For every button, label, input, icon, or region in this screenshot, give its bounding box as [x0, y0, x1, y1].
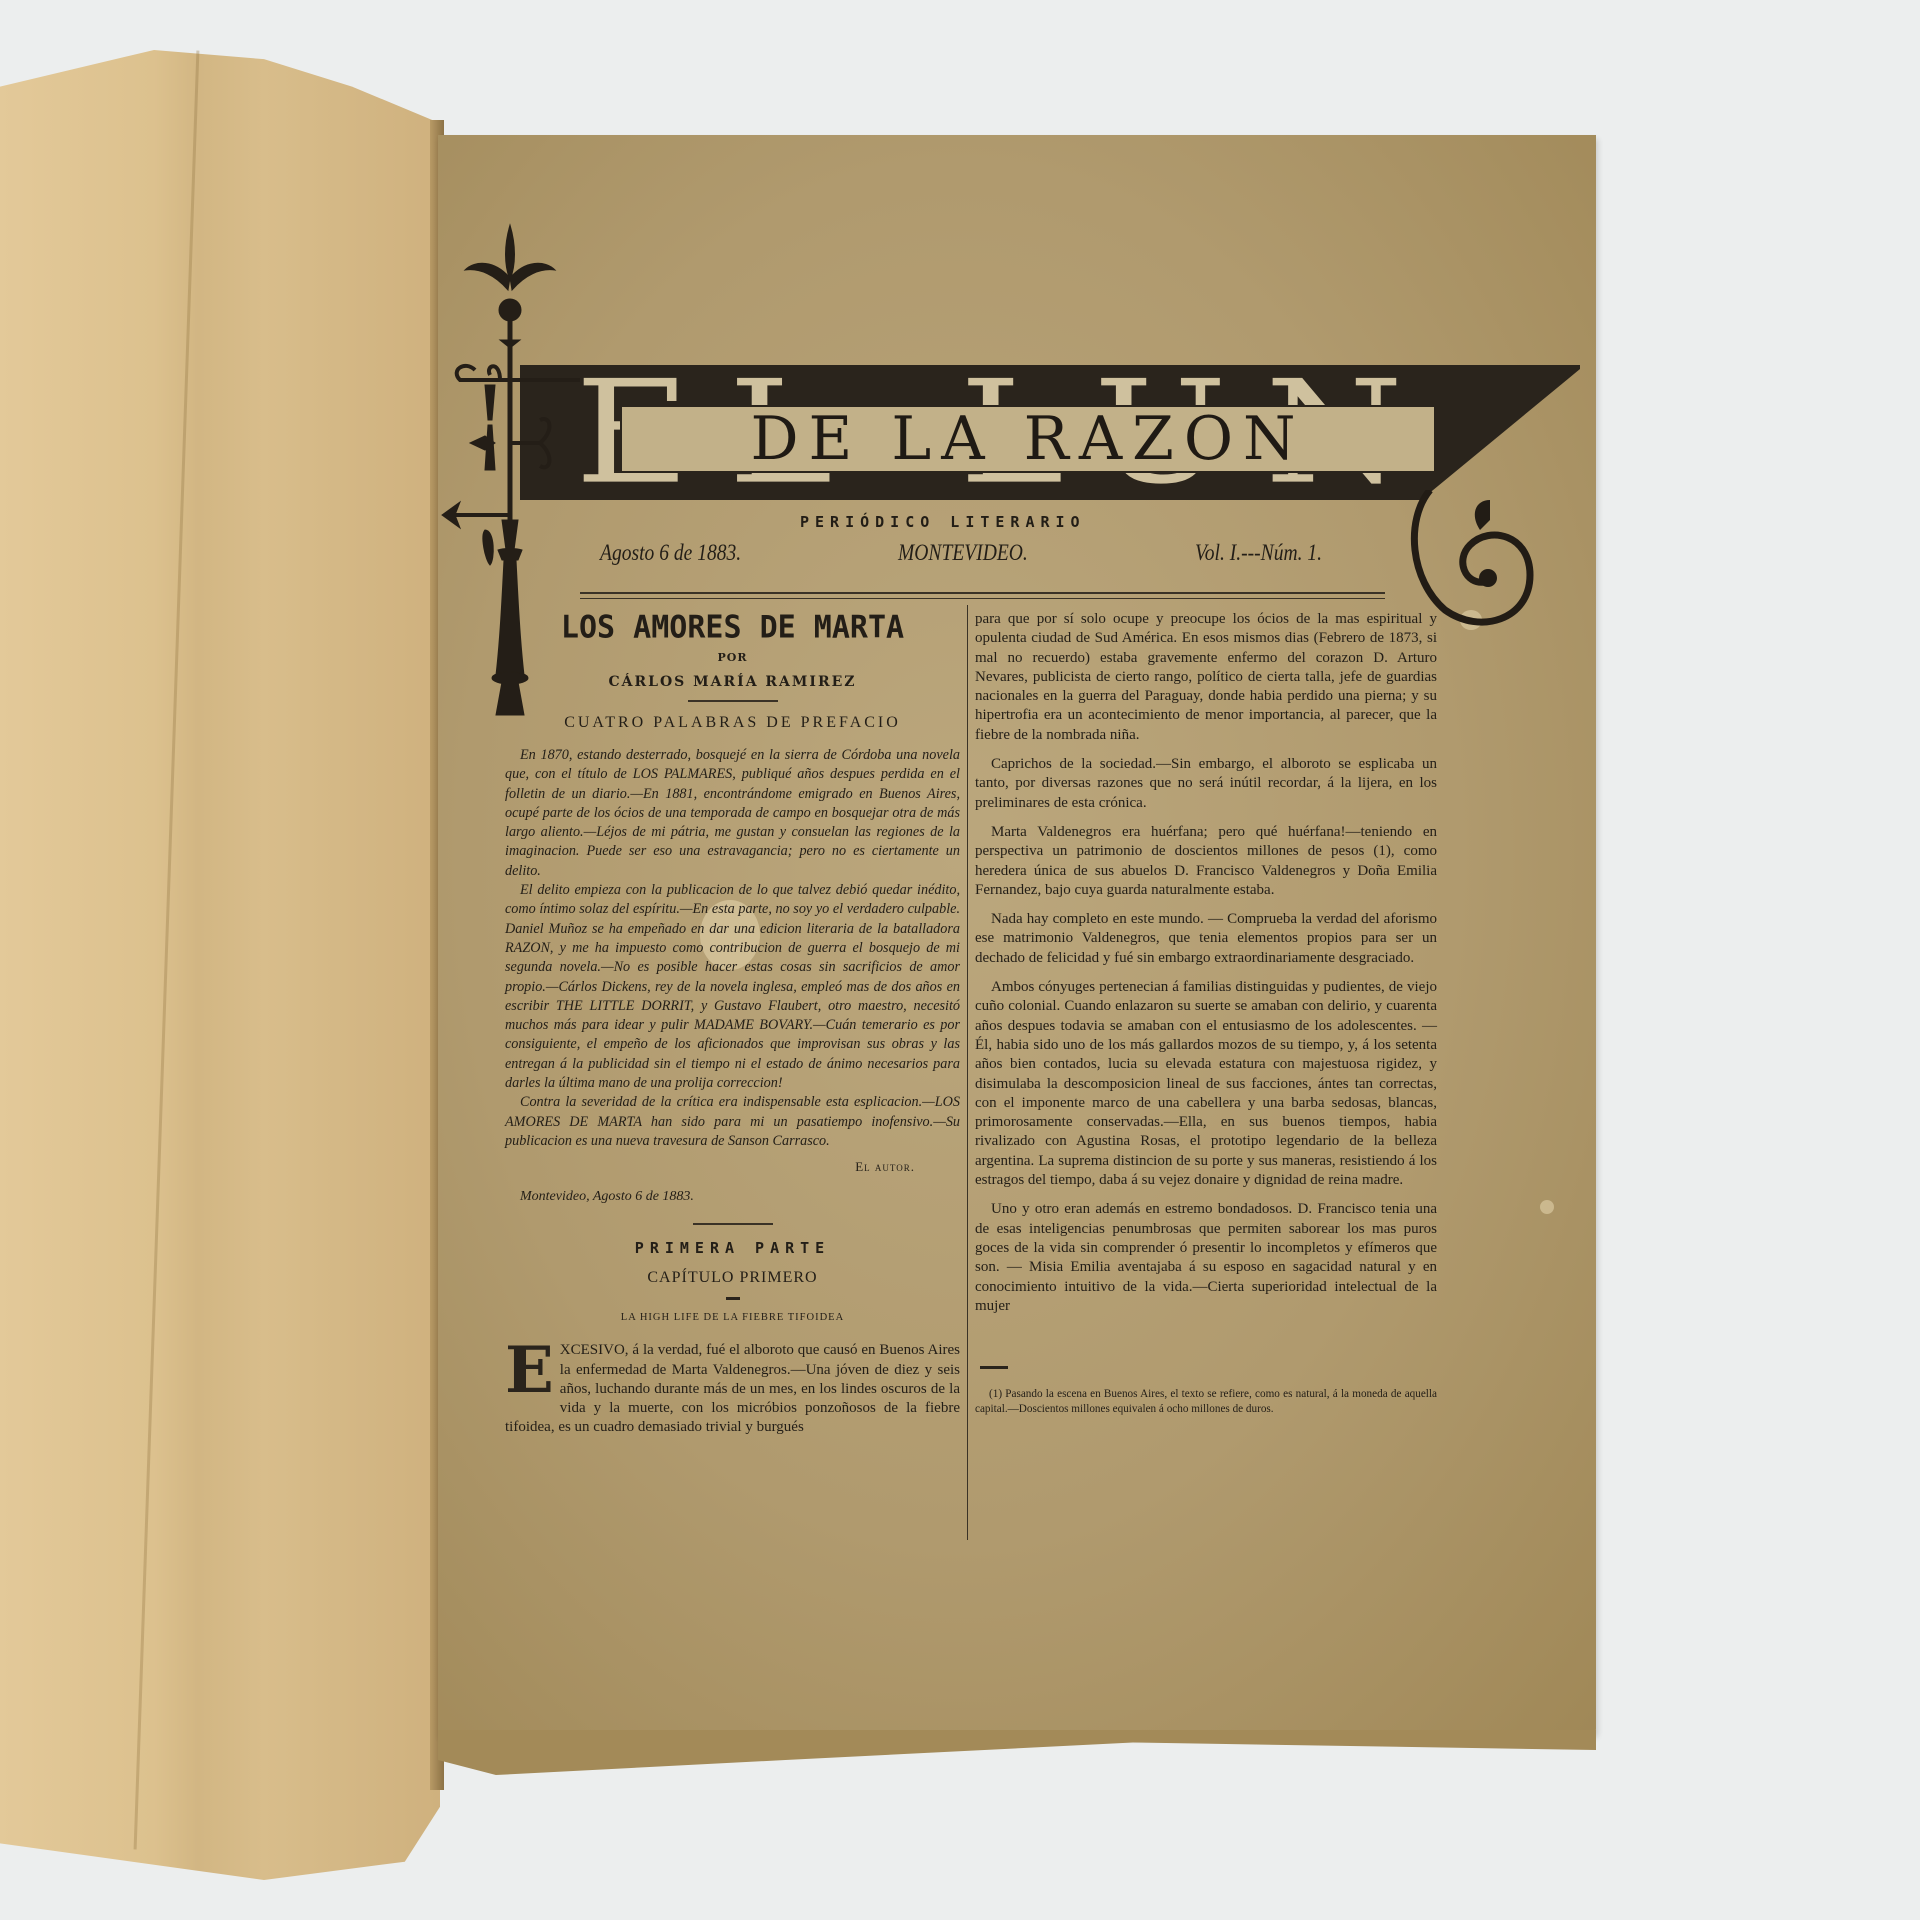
preface-paragraph: El delito empieza con la publicacion de … [505, 881, 960, 1093]
body-paragraph: Ambos cónyuges pertenecian á familias di… [975, 978, 1437, 1190]
page-bottom-edge [438, 1730, 1596, 1780]
preface-paragraph: En 1870, estando desterrado, bosquejé en… [505, 746, 960, 881]
chapter-opening-text: XCESIVO, á la verdad, fué el alboroto qu… [505, 1342, 960, 1435]
part-heading: PRIMERA PARTE [505, 1239, 960, 1257]
chapter-opening-paragraph: EXCESIVO, á la verdad, fué el alboroto q… [505, 1341, 960, 1437]
body-paragraph: Nada hay completo en este mundo. — Compr… [975, 910, 1437, 968]
preface-paragraph: Contra la severidad de la crítica era in… [505, 1093, 960, 1151]
masthead-subtitle: PERIÓDICO LITERARIO [800, 513, 1086, 531]
footnote: (1) Pasando la escena en Buenos Aires, e… [975, 1387, 1437, 1417]
right-column: para que por sí solo ocupe y preocupe lo… [975, 610, 1437, 1417]
paper-stain [1540, 1200, 1554, 1214]
story-author: CÁRLOS MARÍA RAMIREZ [505, 674, 960, 690]
masthead-title-box: DE LA RAZON [620, 405, 1436, 473]
body-paragraph: Marta Valdenegros era huérfana; pero qué… [975, 823, 1437, 900]
masthead-rule-top [580, 592, 1385, 594]
issue-place: MONTEVIDEO. [898, 540, 1028, 566]
chapter-subtitle: LA HIGH LIFE DE LA FIEBRE TIFOIDEA [505, 1312, 960, 1323]
left-facing-page [0, 50, 440, 1880]
body-paragraph: para que por sí solo ocupe y preocupe lo… [975, 610, 1437, 745]
drop-cap-letter: E [505, 1343, 554, 1399]
left-column: LOS AMORES DE MARTA POR CÁRLOS MARÍA RAM… [505, 605, 960, 1448]
preface-signature: El autor. [505, 1159, 915, 1175]
divider-dash [726, 1297, 740, 1300]
issue-volume: Vol. I.---Núm. 1. [1195, 540, 1322, 566]
byline-por: POR [505, 651, 960, 664]
column-divider [967, 605, 968, 1540]
footnote-rule [980, 1366, 1008, 1369]
story-title: LOS AMORES DE MARTA [505, 609, 960, 646]
issue-date: Agosto 6 de 1883. [600, 540, 741, 566]
chapter-heading: CAPÍTULO PRIMERO [505, 1269, 960, 1287]
body-paragraph: Uno y otro eran además en estremo bondad… [975, 1200, 1437, 1316]
divider [693, 1223, 773, 1225]
masthead-rule-bottom [580, 598, 1385, 599]
divider [688, 700, 778, 702]
preface-place-date: Montevideo, Agosto 6 de 1883. [520, 1189, 960, 1205]
body-paragraph: Caprichos de la sociedad.—Sin embargo, e… [975, 755, 1437, 813]
preface-heading: CUATRO PALABRAS DE PREFACIO [505, 714, 960, 732]
masthead-title: DE LA RAZON [750, 409, 1305, 469]
